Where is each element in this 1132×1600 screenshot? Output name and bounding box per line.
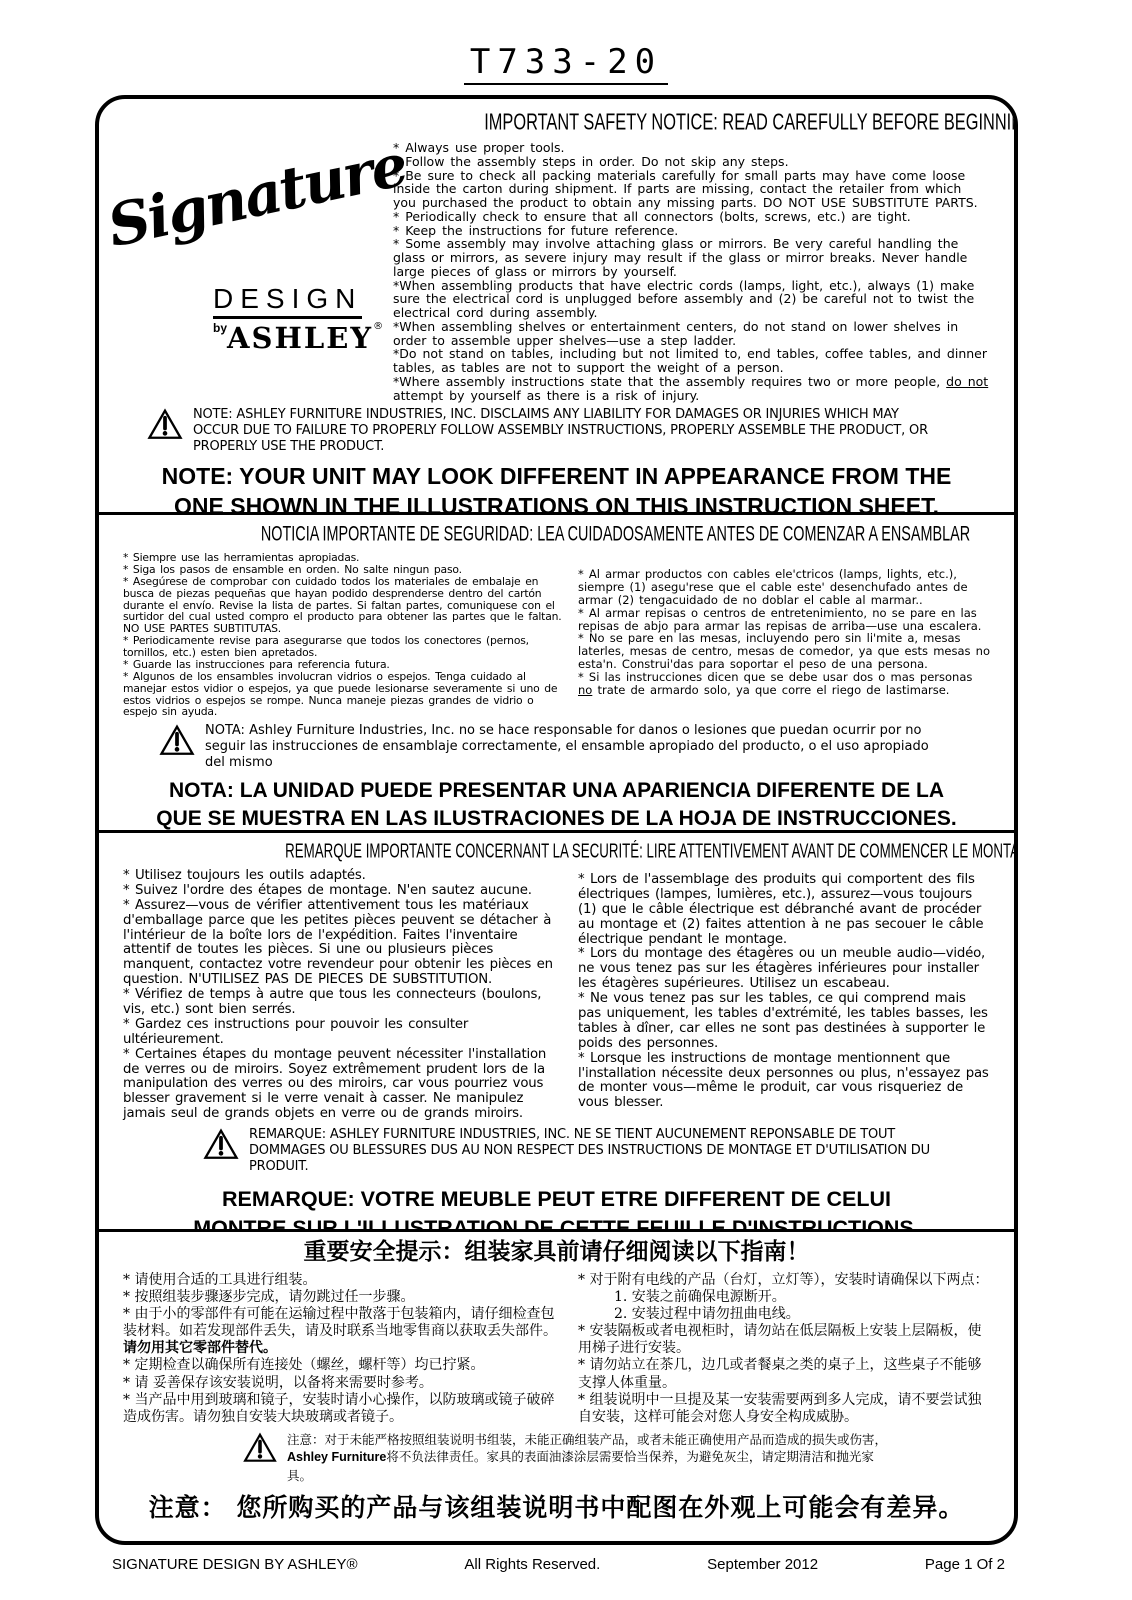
chinese-bold-note: 注意： 您所购买的产品与该组装说明书中配图在外观上可能会有差异。 [123,1492,990,1523]
english-heading: IMPORTANT SAFETY NOTICE: READ CAREFULLY … [393,111,990,135]
english-bullet: *When assembling shelves or entertainmen… [393,320,990,348]
french-right-column: * Lors de l'assemblage des produits qui … [578,869,990,1122]
chinese-bullet: * 请使用合适的工具进行组装。 [123,1272,566,1289]
chinese-disclaimer-row: 注意：对于未能严格按照组装说明书组装，未能正确组装产品，或者未能正确使用产品而造… [243,1431,890,1485]
warning-triangle-icon [147,408,183,440]
note-line: ONE SHOWN IN THE ILLUSTRATIONS ON THIS I… [123,491,990,512]
chinese-bullet: * 当产品中用到玻璃和镜子，安装时请小心操作，以防玻璃或镜子破碎造成伤害。请勿独… [123,1392,566,1426]
chinese-disclaimer-text: 注意：对于未能严格按照组装说明书组装，未能正确组装产品，或者未能正确使用产品而造… [287,1431,890,1485]
french-columns: * Utilisez toujours les outils adaptés. … [123,869,990,1122]
ashley-furniture-brand-text: Ashley Furniture [287,1450,386,1464]
english-bullet: * Some assembly may involve attaching gl… [393,237,990,278]
chinese-bullet: * 按照组装步骤逐步完成，请勿跳过任一步骤。 [123,1289,566,1306]
spanish-bold-note: NOTA: LA UNIDAD PUEDE PRESENTAR UNA APAR… [123,777,990,830]
spanish-left-column: * Siempre use las herramientas apropiada… [123,552,578,718]
logo-design-text: DESIGN [213,283,362,319]
section-english: Signature DESIGN byASHLEY® IMPORTANT SAF… [99,99,1014,512]
logo-ashley-row: byASHLEY® [213,321,383,355]
spanish-bullet: * Siga los pasos de ensamble en orden. N… [123,564,566,576]
logo-by-text: by [213,321,227,335]
english-bullet: * Keep the instructions for future refer… [393,224,990,238]
spanish-disclaimer-row: NOTA: Ashley Furniture Industries, Inc. … [159,723,930,771]
chinese-bullet-substitute-parts: * 由于小的零部件有可能在运输过程中散落于包装箱内，请仔细检查包装材料。如若发现… [123,1306,566,1357]
spanish-bullet: * Al armar repisas o centros de entreten… [578,607,990,633]
chinese-right-column: * 对于附有电线的产品（台灯，立灯等），安装时请确保以下两点： 1. 安装之前确… [578,1272,990,1426]
footer-page-number: Page 1 Of 2 [925,1556,1005,1573]
chinese-bullet: * 请勿站立在茶几，边几或者餐桌之类的桌子上，这些桌子不能够支撑人体重量。 [578,1357,990,1391]
spanish-bullet: * Asegúrese de comprobar con cuidado tod… [123,576,566,635]
spanish-heading: NOTICIA IMPORTANTE DE SEGURIDAD: LEA CUI… [123,523,990,546]
french-bullet: * Certaines étapes du montage peuvent né… [123,1048,566,1122]
chinese-bullet: * 请 妥善保存该安装说明，以备将来需要时参考。 [123,1375,566,1392]
english-disclaimer-row: NOTE: ASHLEY FURNITURE INDUSTRIES, INC. … [147,407,944,455]
chinese-sub-item: 2. 安装过程中请勿扭曲电线。 [614,1306,990,1323]
underlined-no: no [578,683,592,697]
english-bullet: * Be sure to check all packing materials… [393,169,990,210]
bullet-text: * 由于小的零部件有可能在运输过程中散落于包装箱内，请仔细检查包装材料。如若发现… [123,1306,557,1339]
logo-signature-script: Signature [102,131,412,260]
bullet-text: attempt by yourself as there is a risk o… [393,388,699,403]
french-disclaimer-row: REMARQUE: ASHLEY FURNITURE INDUSTRIES, I… [203,1127,930,1175]
chinese-bullet: * 定期检查以确保所有连接处（螺丝，螺杆等）均已拧紧。 [123,1357,566,1374]
spanish-right-column: * Al armar productos con cables ele'ctri… [578,552,990,718]
spanish-bullet-two-people: * Si las instrucciones dicen que se debe… [578,671,990,697]
french-bullet: * Ne vous tenez pas sur les tables, ce q… [578,992,990,1052]
chinese-left-column: * 请使用合适的工具进行组装。 * 按照组装步骤逐步完成，请勿跳过任一步骤。 *… [123,1272,578,1426]
warning-triangle-icon [243,1432,277,1463]
french-bullet: * Lorsque les instructions de montage me… [578,1052,990,1112]
footer-date: September 2012 [707,1556,818,1573]
english-bullet: * Always use proper tools. [393,141,990,155]
warning-triangle-icon [159,724,195,756]
section-french: REMARQUE IMPORTANTE CONCERNANT LA SECURI… [99,830,1014,1229]
spanish-bullet: * Guarde las instrucciones para referenc… [123,659,566,671]
english-bullet: *Do not stand on tables, including but n… [393,347,990,375]
page-title: T733-20 [0,42,1132,85]
french-left-column: * Utilisez toujours les outils adaptés. … [123,869,578,1122]
chinese-columns: * 请使用合适的工具进行组装。 * 按照组装步骤逐步完成，请勿跳过任一步骤。 *… [123,1272,990,1426]
note-line: MONTRE SUR L'ILLUSTRATION DE CETTE FEUIL… [123,1214,990,1229]
chinese-bullet: * 安装隔板或者电视柜时，请勿站在低层隔板上安装上层隔板，使用梯子进行安装。 [578,1323,990,1357]
section-chinese: 重要安全提示：组装家具前请仔细阅读以下指南！ * 请使用合适的工具进行组装。 *… [99,1229,1014,1532]
note-line: REMARQUE: VOTRE MEUBLE PEUT ETRE DIFFERE… [123,1185,990,1215]
french-disclaimer-text: REMARQUE: ASHLEY FURNITURE INDUSTRIES, I… [249,1127,930,1175]
chinese-bullet: * 组装说明中一旦提及某一安装需要两到多人完成，请不要尝试独自安装，这样可能会对… [578,1392,990,1426]
spanish-bullet: * No se pare en las mesas, incluyendo pe… [578,632,990,671]
english-bold-note: NOTE: YOUR UNIT MAY LOOK DIFFERENT IN AP… [123,461,990,512]
french-bullet: * Suivez l'ordre des étapes de montage. … [123,884,566,899]
english-bullet: * Follow the assembly steps in order. Do… [393,155,990,169]
spanish-bullet: * Al armar productos con cables ele'ctri… [578,568,990,607]
french-bold-note: REMARQUE: VOTRE MEUBLE PEUT ETRE DIFFERE… [123,1185,990,1229]
logo-ashley-text: ASHLEY [227,321,373,355]
english-bullet-two-people: *Where assembly instructions state that … [393,375,990,403]
spanish-bullet: * Periodicamente revise para asegurarse … [123,635,566,659]
english-bullet: * Periodically check to ensure that all … [393,210,990,224]
chinese-bullet: * 对于附有电线的产品（台灯，立灯等），安装时请确保以下两点： [578,1272,990,1289]
model-number: T733-20 [464,42,668,85]
chinese-heading: 重要安全提示：组装家具前请仔细阅读以下指南！ [123,1238,990,1266]
french-bullet: * Assurez—vous de vérifier attentivement… [123,899,566,988]
french-bullet: * Lors de l'assemblage des produits qui … [578,873,990,947]
french-bullet: * Vérifiez de temps à autre que tous les… [123,988,566,1018]
page-footer: SIGNATURE DESIGN BY ASHLEY® All Rights R… [112,1556,1005,1573]
bold-no-substitute-text: 请勿用其它零部件替代。 [123,1340,277,1356]
note-line: NOTA: LA UNIDAD PUEDE PRESENTAR UNA APAR… [123,777,990,805]
french-bullet: * Utilisez toujours les outils adaptés. [123,869,566,884]
french-heading: REMARQUE IMPORTANTE CONCERNANT LA SECURI… [123,841,990,863]
bullet-text: *Where assembly instructions state that … [393,374,946,389]
note-line: 注意： 您所购买的产品与该组装说明书中配图在外观上可能会有差异。 [123,1492,990,1523]
footer-brand: SIGNATURE DESIGN BY ASHLEY® [112,1556,358,1573]
chinese-sub-item: 1. 安装之前确保电源断开。 [614,1289,990,1306]
note-line: QUE SE MUESTRA EN LAS ILUSTRACIONES DE L… [123,805,990,830]
logo-registered-mark: ® [373,321,383,332]
french-bullet: * Lors du montage des étagères ou un meu… [578,947,990,992]
underlined-do-not: do not [946,374,988,389]
disclaimer-text: 注意：对于未能严格按照组装说明书组装，未能正确组装产品，或者未能正确使用产品而造… [287,1432,887,1447]
note-line: NOTE: YOUR UNIT MAY LOOK DIFFERENT IN AP… [123,461,990,491]
bullet-text: trate de armardo solo, ya que corre el r… [592,683,949,697]
english-disclaimer-text: NOTE: ASHLEY FURNITURE INDUSTRIES, INC. … [193,407,944,455]
warning-triangle-icon [203,1128,239,1160]
spanish-columns: * Siempre use las herramientas apropiada… [123,552,990,718]
english-content: IMPORTANT SAFETY NOTICE: READ CAREFULLY … [393,109,990,402]
signature-design-ashley-logo: Signature DESIGN byASHLEY® [111,155,383,405]
main-border-box: Signature DESIGN byASHLEY® IMPORTANT SAF… [95,95,1018,1545]
footer-rights: All Rights Reserved. [464,1556,600,1573]
english-bullet: *When assembling products that have elec… [393,279,990,320]
section-spanish: NOTICIA IMPORTANTE DE SEGURIDAD: LEA CUI… [99,512,1014,830]
french-bullet: * Gardez ces instructions pour pouvoir l… [123,1018,566,1048]
spanish-disclaimer-text: NOTA: Ashley Furniture Industries, Inc. … [205,723,930,771]
spanish-bullet: * Algunos de los ensambles involucran vi… [123,671,566,719]
